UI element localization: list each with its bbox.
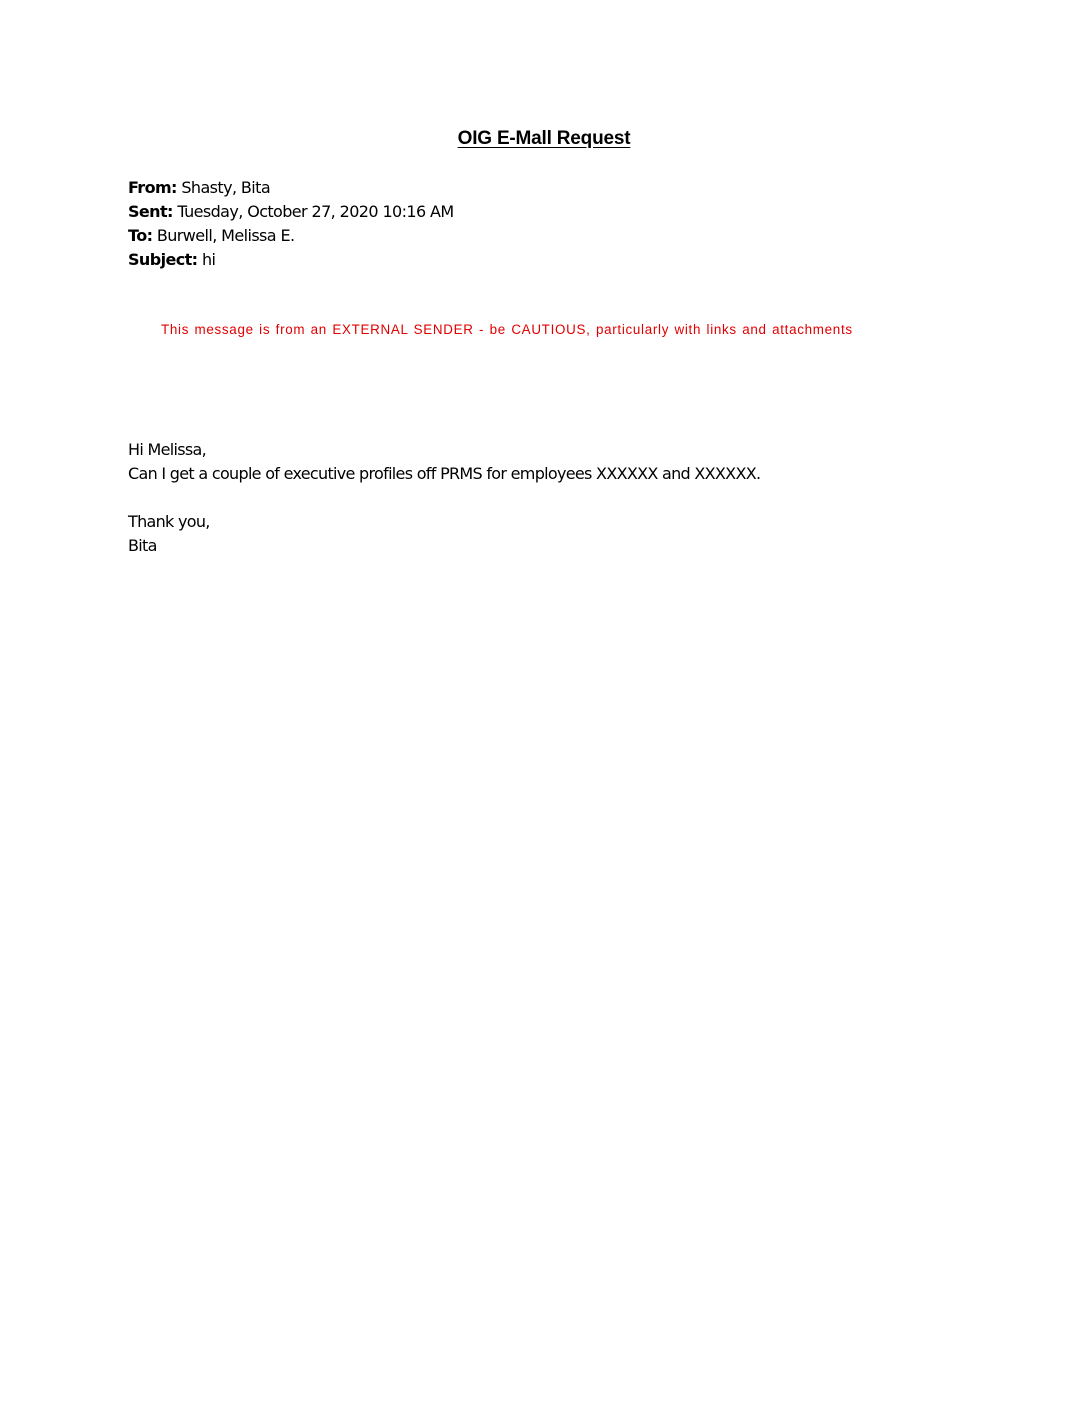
sent-label: Sent:: [128, 202, 173, 221]
from-label: From:: [128, 178, 177, 197]
external-sender-warning: This message is from an EXTERNAL SENDER …: [161, 322, 853, 337]
header-sent: Sent: Tuesday, October 27, 2020 10:16 AM: [128, 200, 454, 224]
header-subject: Subject: hi: [128, 248, 454, 272]
to-value: Burwell, Melissa E.: [157, 226, 295, 245]
body-signature: Bita: [128, 534, 760, 558]
to-label: To:: [128, 226, 152, 245]
header-to: To: Burwell, Melissa E.: [128, 224, 454, 248]
from-value: Shasty, Bita: [181, 178, 270, 197]
document-page: OIG E-Mall Request From: Shasty, Bita Se…: [0, 0, 1088, 1408]
document-title: OIG E-Mall Request: [0, 128, 1088, 150]
body-greeting: Hi Melissa,: [128, 438, 760, 462]
body-spacer: [128, 486, 760, 510]
subject-value: hi: [202, 250, 215, 269]
body-message: Can I get a couple of executive profiles…: [128, 462, 760, 486]
subject-label: Subject:: [128, 250, 197, 269]
email-body: Hi Melissa, Can I get a couple of execut…: [128, 438, 760, 558]
header-from: From: Shasty, Bita: [128, 176, 454, 200]
body-closing: Thank you,: [128, 510, 760, 534]
sent-value: Tuesday, October 27, 2020 10:16 AM: [177, 202, 453, 221]
email-headers: From: Shasty, Bita Sent: Tuesday, Octobe…: [128, 176, 454, 272]
